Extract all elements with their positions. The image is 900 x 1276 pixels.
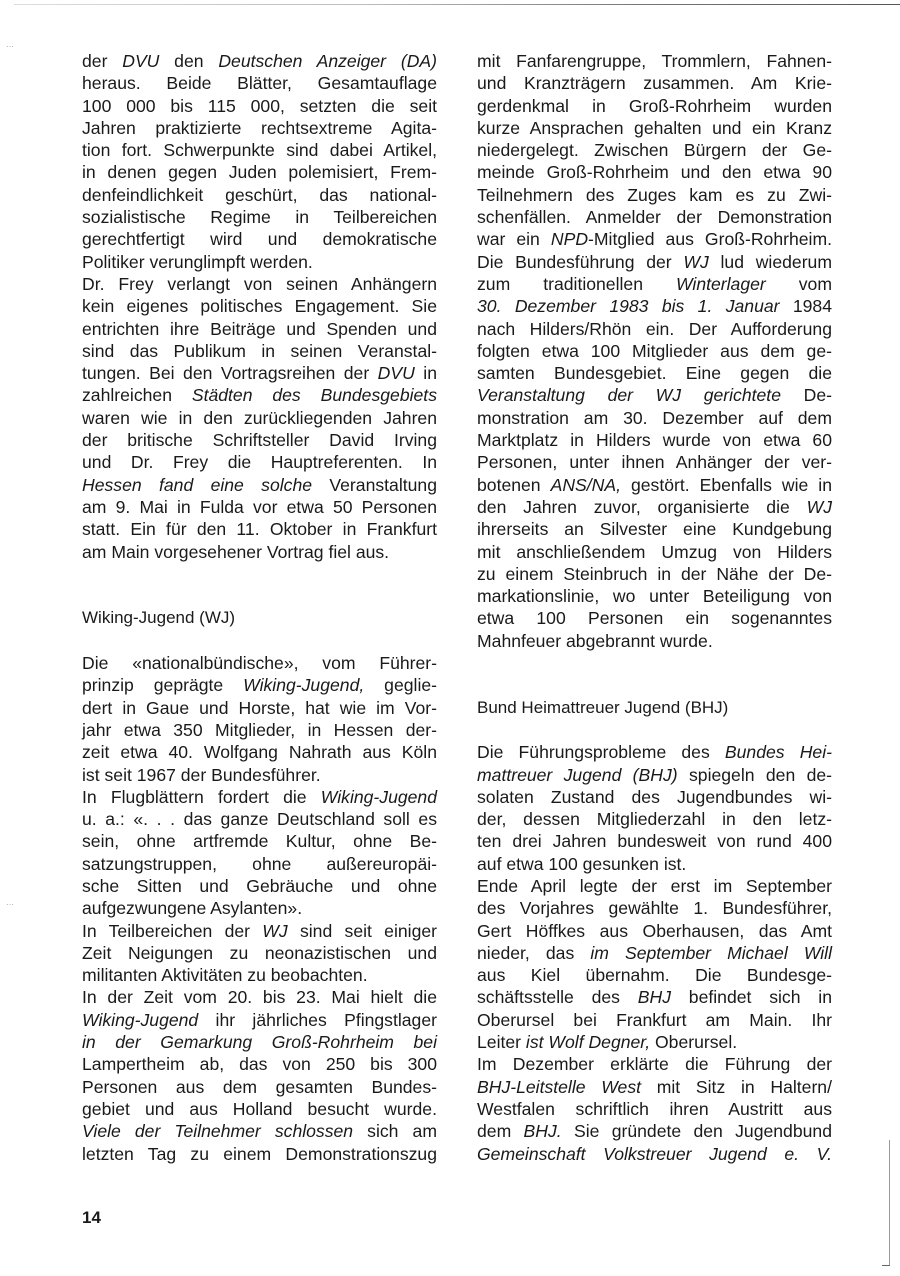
text-line: tungen. Bei den Vortragsreihen der DVU i… xyxy=(82,362,437,384)
paragraph: Im Dezember erklärte die Führung derBHJ-… xyxy=(477,1053,832,1164)
text-line: Marktplatz in Hilders wurde von etwa 60 xyxy=(477,429,832,451)
scan-speck: ⋯ xyxy=(6,900,14,909)
text-line: ist seit 1967 der Bundesführer. xyxy=(82,764,437,786)
text-line: niedergelegt. Zwischen Bürgern der Ge- xyxy=(477,139,832,161)
text-line: Ende April legte der erst im September xyxy=(477,875,832,897)
section-heading: Wiking-Jugend (WJ) xyxy=(82,607,437,629)
paragraph: Ende April legte der erst im Septemberde… xyxy=(477,875,832,1053)
section-gap xyxy=(477,652,832,674)
text-line: sche Sitten und Gebräuche und ohne xyxy=(82,875,437,897)
text-line: der britische Schriftsteller David Irvin… xyxy=(82,429,437,451)
text-line: dem BHJ. Sie gründete den Jugendbund xyxy=(477,1120,832,1142)
text-line: Mahnfeuer abgebrannt wurde. xyxy=(477,630,832,652)
paragraph: In der Zeit vom 20. bis 23. Mai hielt di… xyxy=(82,986,437,1164)
text-line: zu einem Steinbruch in der Nähe der De- xyxy=(477,563,832,585)
text-line: am Main vorgesehener Vortrag fiel aus. xyxy=(82,541,437,563)
scan-speck: ⋯ xyxy=(6,42,14,51)
text-line: ten drei Jahren bundesweit von rund 400 xyxy=(477,830,832,852)
text-line: sind das Publikum in seinen Veranstal- xyxy=(82,340,437,362)
text-line: prinzip geprägte Wiking-Jugend, geglie- xyxy=(82,674,437,696)
paragraph: der DVU den Deutschen Anzeiger (DA)herau… xyxy=(82,50,437,273)
text-line: samten Bundesgebiet. Eine gegen die xyxy=(477,362,832,384)
section-gap xyxy=(82,563,437,585)
text-line: zahlreichen Städten des Bundesgebiets xyxy=(82,384,437,406)
paragraph: Dr. Frey verlangt von seinen Anhängernke… xyxy=(82,273,437,563)
text-line: des Vorjahres gewählte 1. Bundesführer, xyxy=(477,897,832,919)
text-line: Lampertheim ab, das von 250 bis 300 xyxy=(82,1053,437,1075)
scan-edge-right xyxy=(889,1140,890,1265)
text-line: markationslinie, wo unter Beteiligung vo… xyxy=(477,585,832,607)
text-line: Gert Höffkes aus Oberhausen, das Amt xyxy=(477,920,832,942)
section-gap xyxy=(82,585,437,607)
paragraph: mit Fanfarengruppe, Trommlern, Fahnen-un… xyxy=(477,50,832,652)
text-line: jahr etwa 350 Mitglieder, in Hessen der- xyxy=(82,719,437,741)
text-line: aufgezwungene Asylanten». xyxy=(82,897,437,919)
text-line: mit Fanfarengruppe, Trommlern, Fahnen- xyxy=(477,50,832,72)
text-line: in denen gegen Juden polemisiert, Frem- xyxy=(82,161,437,183)
text-line: ihrerseits an Silvester eine Kundgebung xyxy=(477,518,832,540)
section-gap xyxy=(477,674,832,696)
text-line: Politiker verunglimpft werden. xyxy=(82,251,437,273)
text-line: satzungstruppen, ohne außereuropäi- xyxy=(82,853,437,875)
text-line: waren wie in den zurückliegenden Jahren xyxy=(82,407,437,429)
text-line: war ein NPD-Mitglied aus Groß-Rohrheim. xyxy=(477,228,832,250)
section-gap xyxy=(477,719,832,741)
paragraph: In Teilbereichen der WJ sind seit einige… xyxy=(82,920,437,987)
text-line: kein eigenes politisches Engagement. Sie xyxy=(82,295,437,317)
text-line: 100 000 bis 115 000, setzten die seit xyxy=(82,95,437,117)
section-gap xyxy=(82,630,437,652)
text-line: und Kranzträgern zusammen. Am Krie- xyxy=(477,72,832,94)
text-line: Hessen fand eine solche Veranstaltung xyxy=(82,474,437,496)
text-line: letzten Tag zu einem Demonstrationszug xyxy=(82,1143,437,1165)
text-line: militanten Aktivitäten zu beobachten. xyxy=(82,964,437,986)
text-line: meinde Groß-Rohrheim und den etwa 90 xyxy=(477,161,832,183)
scan-edge-corner xyxy=(882,1265,890,1266)
text-line: 30. Dezember 1983 bis 1. Januar 1984 xyxy=(477,295,832,317)
text-line: Die «nationalbündische», vom Führer- xyxy=(82,652,437,674)
text-line: den Jahren zuvor, organisierte die WJ xyxy=(477,496,832,518)
text-line: Zeit Neigungen zu neonazistischen und xyxy=(82,942,437,964)
text-line: Leiter ist Wolf Degner, Oberursel. xyxy=(477,1031,832,1053)
text-line: In Flugblättern fordert die Wiking-Jugen… xyxy=(82,786,437,808)
text-line: dert in Gaue und Horste, hat wie im Vor- xyxy=(82,697,437,719)
text-line: zeit etwa 40. Wolfgang Nahrath aus Köln xyxy=(82,741,437,763)
text-line: Die Führungsprobleme des Bundes Hei- xyxy=(477,741,832,763)
text-line: Die Bundesführung der WJ lud wiederum xyxy=(477,251,832,273)
text-line: BHJ-Leitstelle West mit Sitz in Haltern/ xyxy=(477,1076,832,1098)
text-line: In der Zeit vom 20. bis 23. Mai hielt di… xyxy=(82,986,437,1008)
paragraph: Die Führungsprobleme des Bundes Hei-matt… xyxy=(477,741,832,875)
text-line: schäftsstelle des BHJ befindet sich in xyxy=(477,986,832,1008)
text-line: Personen aus dem gesamten Bundes- xyxy=(82,1076,437,1098)
text-line: Personen, unter ihnen Anhänger der ver- xyxy=(477,451,832,473)
page-number: 14 xyxy=(82,1208,101,1228)
left-column: der DVU den Deutschen Anzeiger (DA)herau… xyxy=(82,50,437,1165)
scan-edge-top xyxy=(14,4,900,5)
text-line: statt. Ein für den 11. Oktober in Frankf… xyxy=(82,518,437,540)
text-line: Jahren praktizierte rechtsextreme Agita- xyxy=(82,117,437,139)
text-line: der DVU den Deutschen Anzeiger (DA) xyxy=(82,50,437,72)
text-line: der, dessen Mitgliederzahl in den letz- xyxy=(477,808,832,830)
paragraph: In Flugblättern fordert die Wiking-Jugen… xyxy=(82,786,437,920)
text-line: Oberursel bei Frankfurt am Main. Ihr xyxy=(477,1009,832,1031)
text-line: Im Dezember erklärte die Führung der xyxy=(477,1053,832,1075)
text-line: am 9. Mai in Fulda vor etwa 50 Personen xyxy=(82,496,437,518)
right-column: mit Fanfarengruppe, Trommlern, Fahnen-un… xyxy=(477,50,832,1165)
text-line: etwa 100 Personen ein sogenanntes xyxy=(477,607,832,629)
text-line: heraus. Beide Blätter, Gesamtauflage xyxy=(82,72,437,94)
text-line: solaten Zustand des Jugendbundes wi- xyxy=(477,786,832,808)
text-line: Wiking-Jugend ihr jährliches Pfingstlage… xyxy=(82,1009,437,1031)
text-line: aus Kiel übernahm. Die Bundesge- xyxy=(477,964,832,986)
text-line: sein, ohne artfremde Kultur, ohne Be- xyxy=(82,830,437,852)
text-line: mit anschließendem Umzug von Hilders xyxy=(477,541,832,563)
text-line: kurze Ansprachen gehalten und ein Kranz xyxy=(477,117,832,139)
text-line: gerdenkmal in Groß-Rohrheim wurden xyxy=(477,95,832,117)
section-heading: Bund Heimattreuer Jugend (BHJ) xyxy=(477,697,832,719)
text-line: In Teilbereichen der WJ sind seit einige… xyxy=(82,920,437,942)
text-line: monstration am 30. Dezember auf dem xyxy=(477,407,832,429)
text-line: denfeindlichkeit geschürt, das national- xyxy=(82,184,437,206)
text-line: gerechtfertigt wird und demokratische xyxy=(82,228,437,250)
text-line: auf etwa 100 gesunken ist. xyxy=(477,853,832,875)
text-line: Viele der Teilnehmer schlossen sich am xyxy=(82,1120,437,1142)
text-line: und Dr. Frey die Hauptreferenten. In xyxy=(82,451,437,473)
text-line: entrichten ihre Beiträge und Spenden und xyxy=(82,318,437,340)
paragraph: Die «nationalbündische», vom Führer-prin… xyxy=(82,652,437,786)
text-line: Dr. Frey verlangt von seinen Anhängern xyxy=(82,273,437,295)
text-line: zum traditionellen Winterlager vom xyxy=(477,273,832,295)
text-line: folgten etwa 100 Mitglieder aus dem ge- xyxy=(477,340,832,362)
text-line: schenfällen. Anmelder der Demonstration xyxy=(477,206,832,228)
text-line: sozialistische Regime in Teilbereichen xyxy=(82,206,437,228)
text-line: Teilnehmern des Zuges kam es zu Zwi- xyxy=(477,184,832,206)
text-line: Veranstaltung der WJ gerichtete De- xyxy=(477,384,832,406)
text-line: Gemeinschaft Volkstreuer Jugend e. V. xyxy=(477,1143,832,1165)
text-line: gebiet und aus Holland besucht wurde. xyxy=(82,1098,437,1120)
text-line: Westfalen schriftlich ihren Austritt aus xyxy=(477,1098,832,1120)
text-line: nach Hilders/Rhön ein. Der Aufforderung xyxy=(477,318,832,340)
text-line: nieder, das im September Michael Will xyxy=(477,942,832,964)
text-line: u. a.: «. . . das ganze Deutschland soll… xyxy=(82,808,437,830)
text-line: in der Gemarkung Groß-Rohrheim bei xyxy=(82,1031,437,1053)
text-line: tion fort. Schwerpunkte sind dabei Artik… xyxy=(82,139,437,161)
text-line: botenen ANS/NA, gestört. Ebenfalls wie i… xyxy=(477,474,832,496)
text-line: mattreuer Jugend (BHJ) spiegeln den de- xyxy=(477,764,832,786)
